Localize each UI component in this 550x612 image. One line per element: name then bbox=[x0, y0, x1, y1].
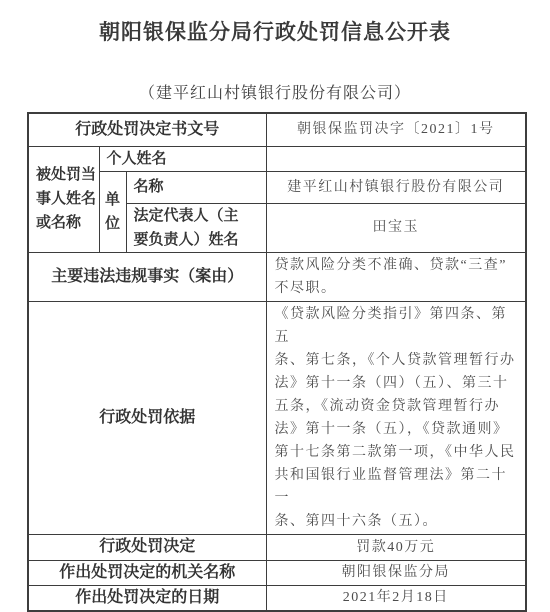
decision-label: 行政处罚决定 bbox=[28, 534, 266, 560]
party-name-label: 被处罚当 事人姓名 或名称 bbox=[28, 146, 99, 252]
row-authority: 作出处罚决定的机关名称 朝阳银保监分局 bbox=[28, 560, 526, 585]
authority-label: 作出处罚决定的机关名称 bbox=[28, 560, 266, 585]
doc-number-label: 行政处罚决定书文号 bbox=[28, 113, 266, 146]
row-personal-name: 被处罚当 事人姓名 或名称 个人姓名 bbox=[28, 146, 526, 171]
personal-name-value bbox=[266, 146, 526, 171]
unit-name-label: 名称 bbox=[126, 171, 266, 203]
row-facts: 主要违法违规事实（案由） 贷款风险分类不准确、贷款“三查” 不尽职。 bbox=[28, 252, 526, 301]
row-basis: 行政处罚依据 《贷款风险分类指引》第四条、第五 条、第七条，《个人贷款管理暂行办… bbox=[28, 301, 526, 534]
row-org-name: 单 位 名称 建平红山村镇银行股份有限公司 bbox=[28, 171, 526, 203]
personal-name-label: 个人姓名 bbox=[99, 146, 266, 171]
legal-rep-label: 法定代表人（主 要负责人）姓名 bbox=[126, 203, 266, 252]
facts-label: 主要违法违规事实（案由） bbox=[28, 252, 266, 301]
authority-value: 朝阳银保监分局 bbox=[266, 560, 526, 585]
row-decision: 行政处罚决定 罚款40万元 bbox=[28, 534, 526, 560]
basis-label: 行政处罚依据 bbox=[28, 301, 266, 534]
date-label: 作出处罚决定的日期 bbox=[28, 585, 266, 611]
facts-value: 贷款风险分类不准确、贷款“三查” 不尽职。 bbox=[266, 252, 526, 301]
penalty-info-table: 行政处罚决定书文号 朝银保监罚决字〔2021〕1号 被处罚当 事人姓名 或名称 … bbox=[27, 112, 527, 612]
unit-name-value: 建平红山村镇银行股份有限公司 bbox=[266, 171, 526, 203]
page-subtitle: （建平红山村镇银行股份有限公司） bbox=[0, 80, 550, 103]
basis-value: 《贷款风险分类指引》第四条、第五 条、第七条，《个人贷款管理暂行办 法》第十一条… bbox=[266, 301, 526, 534]
legal-rep-value: 田宝玉 bbox=[266, 203, 526, 252]
doc-number-value: 朝银保监罚决字〔2021〕1号 bbox=[266, 113, 526, 146]
decision-value: 罚款40万元 bbox=[266, 534, 526, 560]
page-title: 朝阳银保监分局行政处罚信息公开表 bbox=[0, 16, 550, 46]
row-date: 作出处罚决定的日期 2021年2月18日 bbox=[28, 585, 526, 611]
row-doc-number: 行政处罚决定书文号 朝银保监罚决字〔2021〕1号 bbox=[28, 113, 526, 146]
unit-label: 单 位 bbox=[99, 171, 126, 252]
date-value: 2021年2月18日 bbox=[266, 585, 526, 611]
